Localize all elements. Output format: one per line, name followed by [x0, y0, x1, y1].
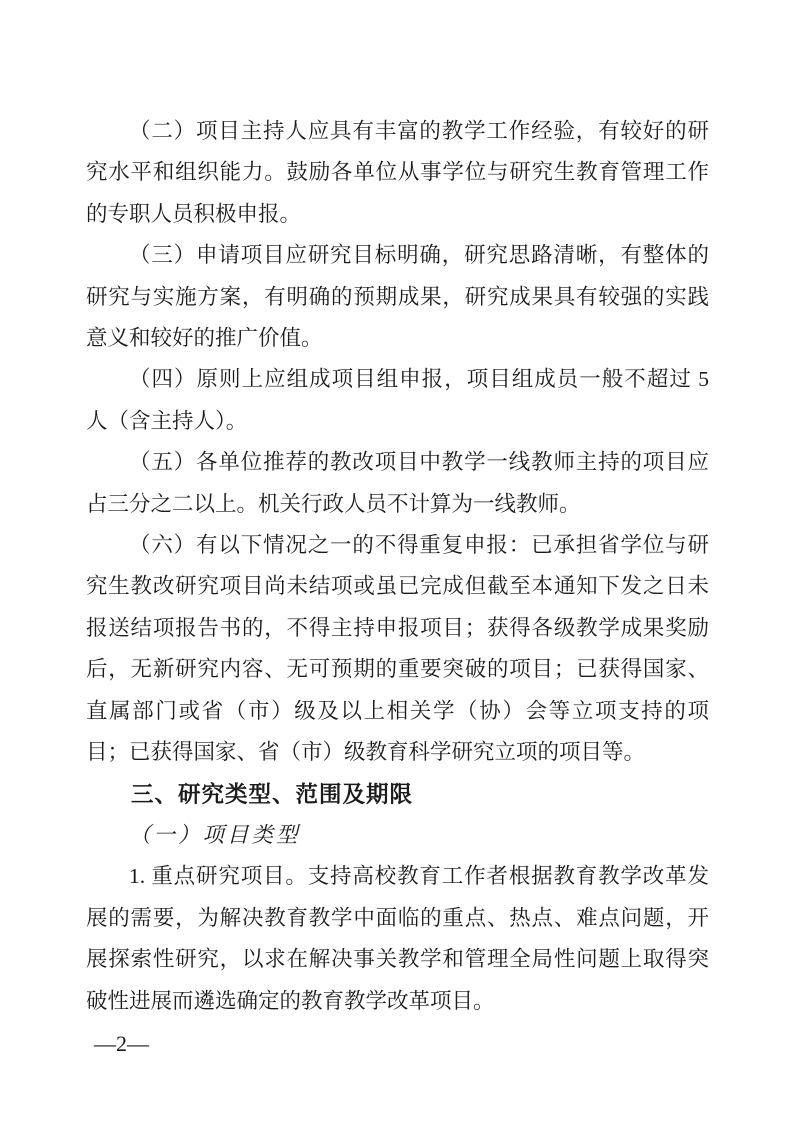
body-paragraph: 1. 重点研究项目。支持高校教育工作者根据教育教学改革发展的需要，为解决教育教学…	[86, 856, 709, 1022]
body-paragraph: （三）申请项目应研究目标明确，研究思路清晰，有整体的研究与实施方案，有明确的预期…	[86, 235, 709, 359]
body-paragraph: （二）项目主持人应具有丰富的教学工作经验，有较好的研究水平和组织能力。鼓励各单位…	[86, 111, 709, 235]
section-heading: 三、研究类型、范围及期限	[86, 774, 709, 815]
body-paragraph: （六）有以下情况之一的不得重复申报：已承担省学位与研究生教改研究项目尚未结项或虽…	[86, 525, 709, 773]
body-paragraph: （五）各单位推荐的教改项目中教学一线教师主持的项目应占三分之二以上。机关行政人员…	[86, 442, 709, 525]
document-page: （二）项目主持人应具有丰富的教学工作经验，有较好的研究水平和组织能力。鼓励各单位…	[0, 0, 794, 1123]
page-number: —2—	[94, 1031, 149, 1057]
body-paragraph: （四）原则上应组成项目组申报，项目组成员一般不超过 5 人（含主持人）。	[86, 359, 709, 442]
document-content: （二）项目主持人应具有丰富的教学工作经验，有较好的研究水平和组织能力。鼓励各单位…	[86, 111, 709, 1022]
sub-heading: （一）项目类型	[86, 815, 709, 856]
